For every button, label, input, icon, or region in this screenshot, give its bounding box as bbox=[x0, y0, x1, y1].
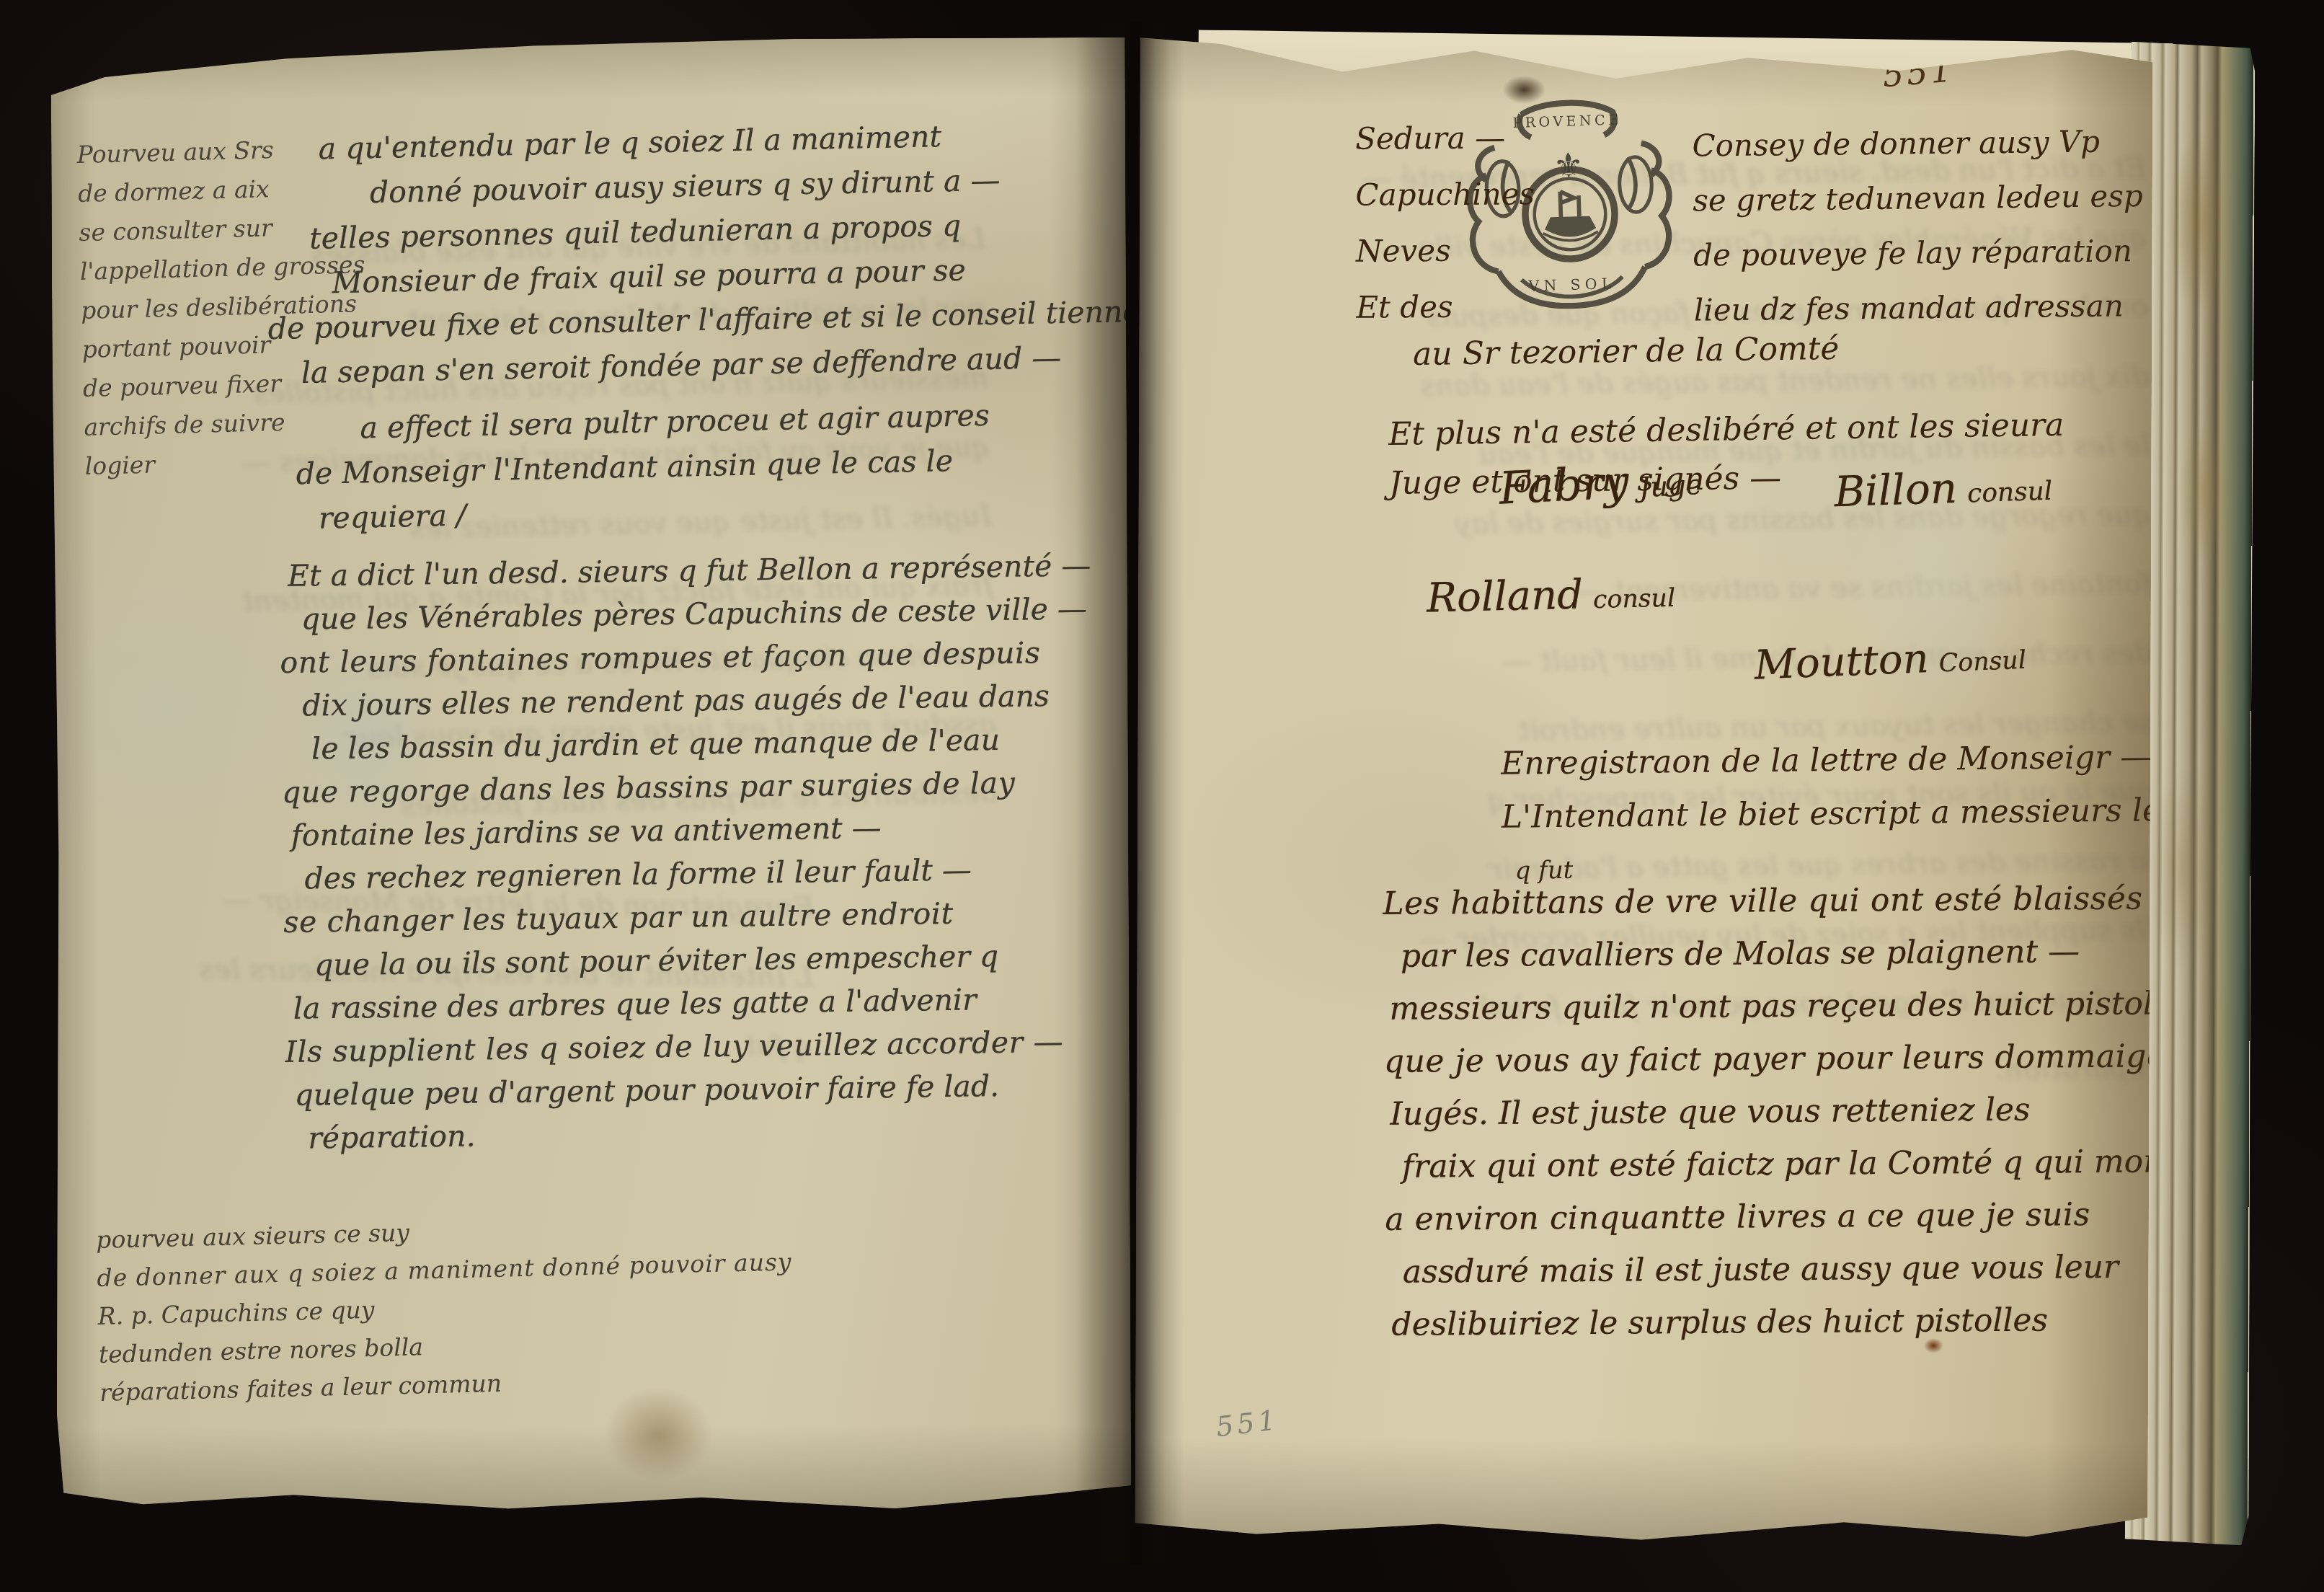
manuscript-line: de pouveye fe lay réparation bbox=[1693, 224, 2144, 283]
signature-name: Fabry bbox=[1498, 456, 1630, 515]
manuscript-line: que je vous ay faict payer pour leurs do… bbox=[1384, 1030, 2153, 1088]
ink-stain bbox=[605, 1387, 714, 1482]
ship-icon bbox=[1542, 190, 1598, 242]
signature-name: Moutton bbox=[1753, 635, 1929, 689]
right-page: Et a dict l'un desd. sieurs q fut Bellon… bbox=[1135, 29, 2152, 1548]
signature-title: consul bbox=[1593, 584, 1676, 615]
signature-fabry: FabryJuge bbox=[1498, 452, 1703, 515]
manuscript-line: Capuchines bbox=[1355, 166, 1535, 223]
manuscript-line: Consey de donner ausy Vp bbox=[1692, 114, 2142, 174]
manuscript-line: par les cavalliers de Molas se plaignent… bbox=[1401, 924, 2153, 983]
fleur-de-lis-icon: ⚜ bbox=[1553, 146, 1584, 186]
signature-rolland: Rollandconsul bbox=[1426, 570, 1675, 622]
manuscript-line: Neves bbox=[1356, 222, 1535, 279]
manuscript-line: Les habittans de vre ville qui ont esté … bbox=[1383, 872, 2153, 930]
margin-note-bottom: pourveu aux sieurs ce suyde donner aux q… bbox=[96, 1204, 795, 1412]
manuscript-line: L'Intendant le biet escript a messieurs … bbox=[1502, 784, 2153, 844]
stamp-bottom-banner-text: VN SOL bbox=[1527, 275, 1616, 295]
signature-name: Billon bbox=[1833, 464, 1958, 516]
signature-moutton: MouttonConsul bbox=[1753, 632, 2026, 689]
pencil-folio-number: 551 bbox=[1215, 1404, 1281, 1443]
signature-title: Consul bbox=[1938, 646, 2027, 678]
signature-name: Rolland bbox=[1426, 572, 1583, 622]
signature-title: Juge bbox=[1638, 469, 1703, 504]
manuscript-line: Enregistraon de la lettre de Monseigr — bbox=[1501, 730, 2153, 791]
manuscript-line: Et plus n'a esté deslibéré et ont les si… bbox=[1388, 401, 2064, 459]
archive-photo: { "photo": { "background_color": "#0d090… bbox=[0, 0, 2324, 1592]
manuscript-line: a environ cinquantte livres a ce que je … bbox=[1385, 1188, 2152, 1246]
heading-catchwords: Sedura —CapuchinesNevesEt des bbox=[1355, 110, 1535, 335]
heading-lines: Consey de donner ausy Vpse gretz tedunev… bbox=[1692, 114, 2145, 338]
manuscript-line: Iugés. Il est juste que vous retteniez l… bbox=[1390, 1082, 2152, 1141]
treasurer-line: au Sr tezorier de la Comté bbox=[1413, 330, 1840, 373]
manuscript-line: Et des bbox=[1356, 278, 1535, 335]
manuscript-line: messieurs quilz n'ont pas reçeu des huic… bbox=[1389, 977, 2152, 1035]
opening-paragraph: a qu'entendu par le q soiez Il a manimen… bbox=[267, 110, 1131, 541]
capuchins-paragraph: Et a dict l'un desd. sieurs q fut Bellon… bbox=[288, 544, 1099, 1160]
manuscript-line: Sedura — bbox=[1355, 110, 1535, 167]
manuscript-line: fraix qui ont esté faictz par la Comté q… bbox=[1402, 1135, 2153, 1193]
signature-billon: Billonconsul bbox=[1833, 461, 2053, 516]
manuscript-line: se gretz tedunevan ledeu esp bbox=[1693, 169, 2143, 229]
left-page: Les habittans de vre ville qui ont esté … bbox=[51, 37, 1132, 1516]
intendant-letter: Les habittans de vre ville qui ont esté … bbox=[1388, 872, 2153, 1351]
manuscript-line: deslibuiriez le surplus des huict pistol… bbox=[1391, 1293, 2152, 1351]
manuscript-line: lieu dz fes mandat adressan bbox=[1694, 278, 2145, 338]
manuscript-line: assduré mais il est juste aussy que vous… bbox=[1403, 1240, 2153, 1299]
signature-title: consul bbox=[1967, 477, 2053, 509]
